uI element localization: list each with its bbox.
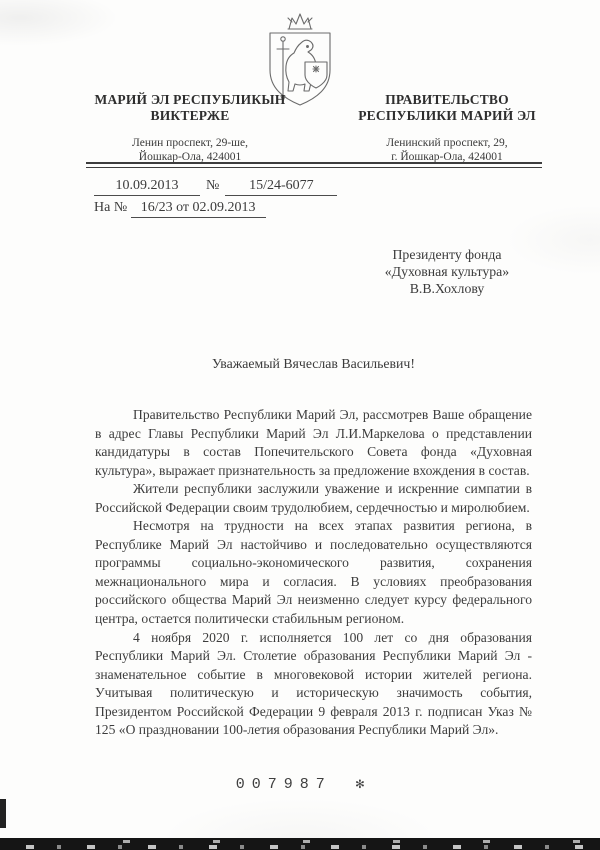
letterhead-left: МАРИЙ ЭЛ РЕСПУБЛИКЫН ВИКТЕРЖЕ Ленин прос… [86,92,294,164]
stamp-number: 007987 [236,776,332,793]
scanned-letter-page: МАРИЙ ЭЛ РЕСПУБЛИКЫН ВИКТЕРЖЕ Ленин прос… [0,0,600,850]
recipient-line: Президенту фонда [338,246,556,263]
scan-bottom-bar-artifact [0,838,600,850]
reply-prefix: На № [94,200,127,215]
paragraph: Жители республики заслужили уважение и и… [95,480,532,517]
letterhead-left-title-line1: МАРИЙ ЭЛ РЕСПУБЛИКЫН [86,92,294,108]
letter-number: 15/24-6077 [225,178,337,196]
recipient-line: «Духовная культура» [338,263,556,280]
reply-number: 16/23 от 02.09.2013 [131,200,266,218]
salutation: Уважаемый Вячеслав Васильевич! [95,356,532,372]
paragraph: Несмотря на трудности на всех этапах раз… [95,517,532,628]
number-sign: № [206,178,219,193]
paragraph: 4 ноября 2020 г. исполняется 100 лет со … [95,629,532,740]
scan-edge-artifact [0,799,6,828]
paragraph: Правительство Республики Марий Эл, рассм… [95,406,532,480]
recipient-block: Президенту фонда «Духовная культура» В.В… [338,246,556,297]
letterhead-right-address-line1: Ленинский проспект, 29, [348,136,546,150]
letterhead-left-title-line2: ВИКТЕРЖЕ [86,108,294,124]
letterhead-right-title-line1: ПРАВИТЕЛЬСТВО [348,92,546,108]
letterhead-divider [86,162,542,168]
stamp-number-block: 007987✻ [0,776,600,793]
letter-date: 10.09.2013 [94,178,200,196]
asterisk-stamp-icon: ✻ [356,777,364,793]
letterhead-right: ПРАВИТЕЛЬСТВО РЕСПУБЛИКИ МАРИЙ ЭЛ Ленинс… [348,92,546,164]
recipient-line: В.В.Хохлову [338,280,556,297]
letter-body: Правительство Республики Марий Эл, рассм… [95,406,532,740]
letterhead-left-address-line1: Ленин проспект, 29-ше, [86,136,294,150]
reference-block: 10.09.2013№15/24-6077 На № 16/23 от 02.0… [94,178,337,222]
letterhead-right-title-line2: РЕСПУБЛИКИ МАРИЙ ЭЛ [348,108,546,124]
